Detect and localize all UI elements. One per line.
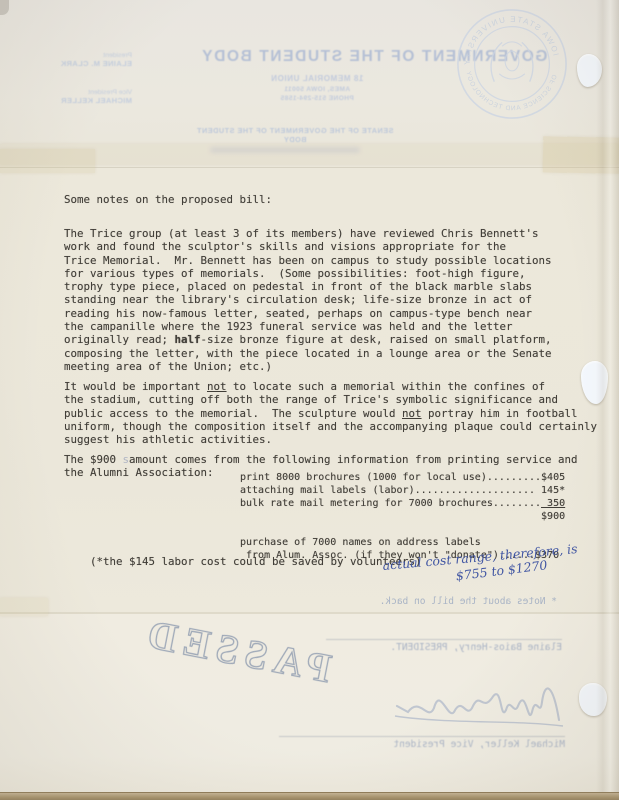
typed-line: suggest his athletic activities. bbox=[64, 433, 597, 446]
typed-line: print 8000 brochures (1000 for local use… bbox=[240, 471, 565, 484]
tape-piece-bottom-left bbox=[0, 598, 48, 616]
typed-line: bulk rate mail metering for 7000 brochur… bbox=[240, 497, 565, 510]
typed-line: composing the letter, with the piece loc… bbox=[64, 347, 552, 360]
typed-line: meeting area of the Union; etc.) bbox=[64, 360, 552, 373]
typed-line: $900 bbox=[240, 510, 565, 523]
back-notes-line: * Notes about the bill on back. bbox=[317, 596, 557, 607]
typed-line: for various types of memorials. (Some po… bbox=[64, 267, 552, 280]
typed-line: reading his now-famous letter, seated, p… bbox=[64, 307, 552, 320]
typed-line: uniform, though the composition itself a… bbox=[64, 420, 597, 433]
typed-line: work and found the sculptor's skills and… bbox=[64, 240, 552, 253]
university-seal-icon: IOWA STATE UNIVERSITY OF SCIENCE AND TEC… bbox=[453, 5, 571, 123]
president-name: ELAINE M. CLARK bbox=[36, 59, 132, 68]
paragraph-trice-group: The Trice group (at least 3 of its membe… bbox=[64, 227, 552, 373]
letterhead-address-block: 18 MEMORIAL UNION AMES, IOWA 50011 PHONE… bbox=[237, 74, 397, 104]
back-signature-scribble bbox=[387, 668, 567, 738]
typed-line: It would be important not to locate such… bbox=[64, 380, 597, 393]
note-heading: Some notes on the proposed bill: bbox=[64, 193, 272, 206]
typed-line: The Trice group (at least 3 of its membe… bbox=[64, 227, 552, 240]
typed-line: attaching mail labels (labor)...........… bbox=[240, 484, 565, 497]
vice-president-name: MICHAEL KELLER bbox=[36, 96, 132, 105]
letterhead-address-line2: AMES, IOWA 50011 bbox=[237, 86, 397, 93]
back-president-signature-line: Elaine Baios-Henry, PRESIDENT. bbox=[326, 639, 562, 653]
typed-line: trophy type piece, placed on pedestal in… bbox=[64, 280, 552, 293]
tape-piece-left bbox=[0, 149, 95, 173]
typed-line: the stadium, cutting off both the range … bbox=[64, 393, 597, 406]
paragraph-location: It would be important not to locate such… bbox=[64, 380, 597, 446]
president-label: President bbox=[36, 52, 132, 59]
typed-line: the campanille where the 1923 funeral se… bbox=[64, 320, 552, 333]
typed-line: The $900 samount comes from the followin… bbox=[64, 453, 578, 466]
vice-president-label: Vice President bbox=[36, 89, 132, 96]
page-crease-right bbox=[596, 0, 619, 800]
budget-footnote: (*the $145 labor cost could be saved by … bbox=[90, 555, 422, 568]
letterhead-address-line1: 18 MEMORIAL UNION bbox=[237, 74, 397, 83]
scanned-document-page: GOVERNMENT OF THE STUDENT BODY 18 MEMORI… bbox=[0, 0, 619, 800]
back-vice-president-signature-line: Michael Keller, Vice President bbox=[279, 736, 565, 750]
typed-line: public access to the memorial. The sculp… bbox=[64, 407, 597, 420]
typed-line bbox=[240, 523, 565, 536]
letterhead-officers-block: President ELAINE M. CLARK Vice President… bbox=[36, 52, 132, 126]
typed-line: originally read; half-size bronze figure… bbox=[64, 333, 552, 346]
letterhead-phone: PHONE 515-294-1585 bbox=[237, 95, 397, 102]
passed-stamp: PASSED bbox=[137, 609, 335, 692]
backing-edge-strip bbox=[0, 792, 619, 800]
typed-line: standing near the library's circulation … bbox=[64, 293, 552, 306]
typed-line: Trice Memorial. Mr. Bennett has been on … bbox=[64, 254, 552, 267]
senate-bleed-line: SENATE OF THE GOVERNMENT OF THE STUDENT … bbox=[190, 126, 400, 144]
